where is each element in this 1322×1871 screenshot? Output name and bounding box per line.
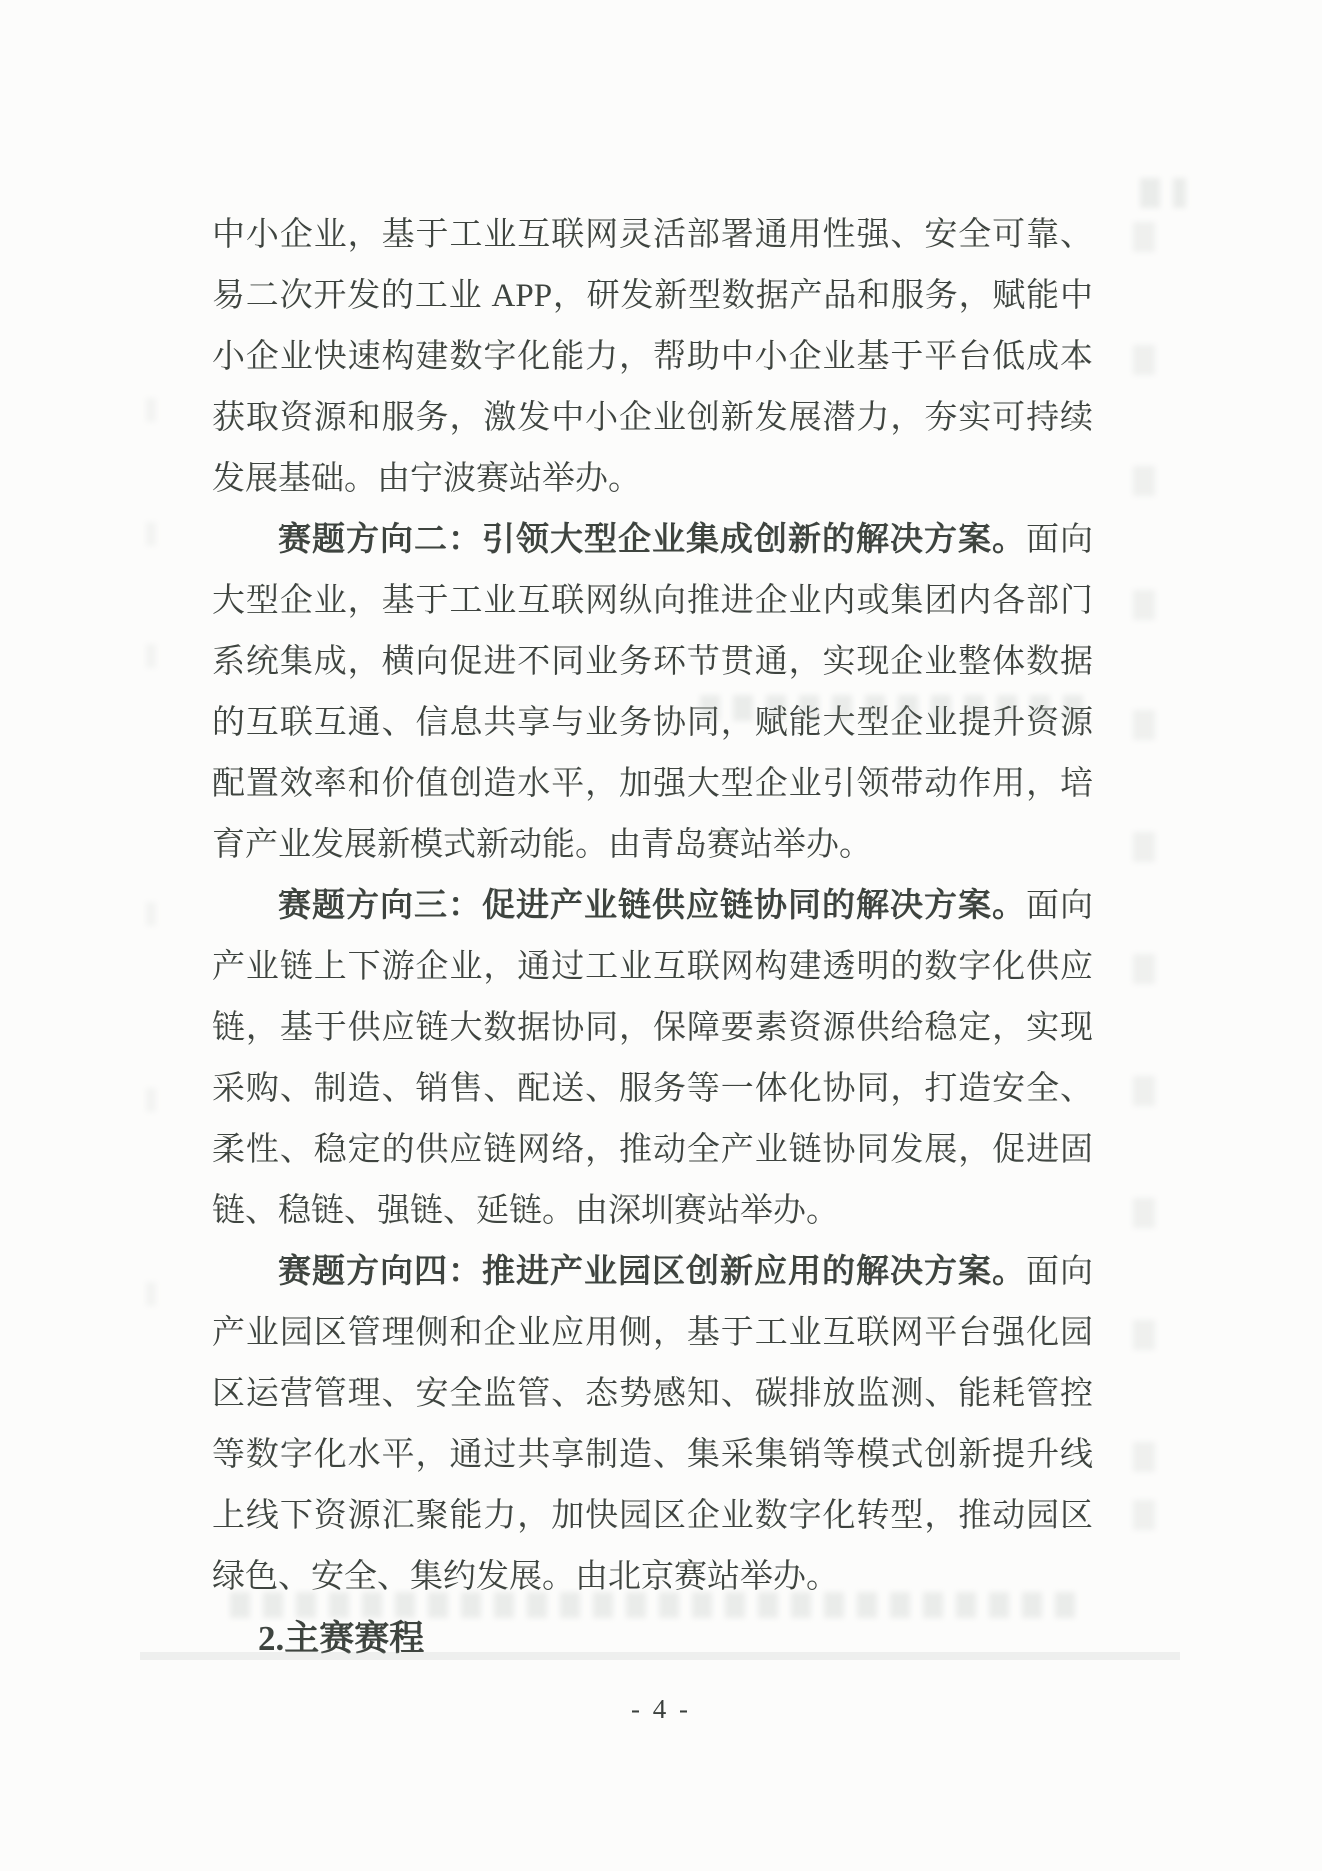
bold-text-segment: 赛题方向三：促进产业链供应链协同的解决方案。 [278, 888, 1026, 924]
bleedthrough-smudge [1133, 590, 1155, 620]
bleedthrough-smudge [1133, 1320, 1155, 1350]
text-line: 系统集成，横向促进不同业务环节贯通，实现企业整体数据 [212, 632, 1093, 693]
text-segment: 获取资源和服务，激发中小企业创新发展潜力，夯实可持续 [212, 400, 1093, 436]
text-segment: 面向 [1026, 888, 1093, 924]
text-line: 产业园区管理侧和企业应用侧，基于工业互联网平台强化园 [212, 1303, 1093, 1364]
page-number: - 4 - [0, 1694, 1322, 1725]
text-segment: 系统集成，横向促进不同业务环节贯通，实现企业整体数据 [212, 644, 1093, 680]
bleedthrough-smudge [1133, 710, 1155, 740]
text-segment: 绿色、安全、集约发展。由北京赛站举办。 [212, 1559, 839, 1595]
text-segment: 大型企业，基于工业互联网纵向推进企业内或集团内各部门 [212, 583, 1093, 619]
section-heading: 2.主赛赛程 [212, 1608, 1093, 1669]
bleedthrough-smudge [1133, 222, 1155, 252]
text-line: 链、稳链、强链、延链。由深圳赛站举办。 [212, 1181, 1093, 1242]
text-line: 获取资源和服务，激发中小企业创新发展潜力，夯实可持续 [212, 388, 1093, 449]
text-line: 绿色、安全、集约发展。由北京赛站举办。 [212, 1547, 1093, 1608]
text-segment: 采购、制造、销售、配送、服务等一体化协同，打造安全、 [212, 1071, 1093, 1107]
text-line: 中小企业，基于工业互联网灵活部署通用性强、安全可靠、 [212, 205, 1093, 266]
bleedthrough-smudge [146, 644, 156, 668]
bleedthrough-smudge [146, 522, 156, 546]
text-line: 等数字化水平，通过共享制造、集采集销等模式创新提升线 [212, 1425, 1093, 1486]
text-segment: 产业链上下游企业，通过工业互联网构建透明的数字化供应 [212, 949, 1093, 985]
bleedthrough-smudge [1133, 1076, 1155, 1106]
bleedthrough-smudge [1133, 345, 1155, 375]
bleedthrough-smudge [146, 902, 156, 926]
text-line: 育产业发展新模式新动能。由青岛赛站举办。 [212, 815, 1093, 876]
bleedthrough-smudge [1133, 1442, 1155, 1472]
text-segment: 面向 [1026, 1254, 1093, 1290]
text-line: 区运营管理、安全监管、态势感知、碳排放监测、能耗管控 [212, 1364, 1093, 1425]
text-line: 大型企业，基于工业互联网纵向推进企业内或集团内各部门 [212, 571, 1093, 632]
text-segment: 柔性、稳定的供应链网络，推动全产业链协同发展，促进固 [212, 1132, 1093, 1168]
text-segment: 发展基础。由宁波赛站举办。 [212, 461, 641, 497]
text-segment: 中小企业，基于工业互联网灵活部署通用性强、安全可靠、 [212, 217, 1093, 253]
text-segment: 面向 [1026, 522, 1093, 558]
text-line: 赛题方向三：促进产业链供应链协同的解决方案。面向 [212, 876, 1093, 937]
bleedthrough-smudge [146, 1088, 156, 1112]
text-segment: 产业园区管理侧和企业应用侧，基于工业互联网平台强化园 [212, 1315, 1093, 1351]
bleedthrough-smudge [1133, 1198, 1155, 1228]
text-line: 上线下资源汇聚能力，加快园区企业数字化转型，推动园区 [212, 1486, 1093, 1547]
text-line: 链，基于供应链大数据协同，保障要素资源供给稳定，实现 [212, 998, 1093, 1059]
text-segment: 的互联互通、信息共享与业务协同，赋能大型企业提升资源 [212, 705, 1093, 741]
text-line: 赛题方向四：推进产业园区创新应用的解决方案。面向 [212, 1242, 1093, 1303]
text-segment: 小企业快速构建数字化能力，帮助中小企业基于平台低成本 [212, 339, 1093, 375]
text-segment: 等数字化水平，通过共享制造、集采集销等模式创新提升线 [212, 1437, 1093, 1473]
bleedthrough-smudge [1140, 178, 1186, 208]
text-line: 采购、制造、销售、配送、服务等一体化协同，打造安全、 [212, 1059, 1093, 1120]
text-line: 柔性、稳定的供应链网络，推动全产业链协同发展，促进固 [212, 1120, 1093, 1181]
text-segment: 易二次开发的工业 APP，研发新型数据产品和服务，赋能中 [212, 278, 1093, 314]
bleedthrough-smudge [1133, 832, 1155, 862]
text-line: 配置效率和价值创造水平，加强大型企业引领带动作用，培 [212, 754, 1093, 815]
body-text: 中小企业，基于工业互联网灵活部署通用性强、安全可靠、易二次开发的工业 APP，研… [212, 205, 1093, 1669]
text-segment: 链，基于供应链大数据协同，保障要素资源供给稳定，实现 [212, 1010, 1093, 1046]
bleedthrough-smudge [146, 1282, 156, 1306]
text-segment: 上线下资源汇聚能力，加快园区企业数字化转型，推动园区 [212, 1498, 1093, 1534]
text-segment: 区运营管理、安全监管、态势感知、碳排放监测、能耗管控 [212, 1376, 1093, 1412]
text-line: 发展基础。由宁波赛站举办。 [212, 449, 1093, 510]
text-segment: 育产业发展新模式新动能。由青岛赛站举办。 [212, 827, 872, 863]
bold-text-segment: 赛题方向四：推进产业园区创新应用的解决方案。 [278, 1254, 1026, 1290]
text-line: 的互联互通、信息共享与业务协同，赋能大型企业提升资源 [212, 693, 1093, 754]
text-line: 产业链上下游企业，通过工业互联网构建透明的数字化供应 [212, 937, 1093, 998]
text-line: 易二次开发的工业 APP，研发新型数据产品和服务，赋能中 [212, 266, 1093, 327]
bleedthrough-smudge [1133, 1500, 1155, 1530]
bleedthrough-smudge [1133, 954, 1155, 984]
bleedthrough-smudge [146, 398, 156, 422]
bold-text-segment: 2.主赛赛程 [258, 1619, 424, 1658]
text-line: 赛题方向二：引领大型企业集成创新的解决方案。面向 [212, 510, 1093, 571]
bold-text-segment: 赛题方向二：引领大型企业集成创新的解决方案。 [278, 522, 1026, 558]
text-line: 小企业快速构建数字化能力，帮助中小企业基于平台低成本 [212, 327, 1093, 388]
text-segment: 链、稳链、强链、延链。由深圳赛站举办。 [212, 1193, 839, 1229]
bleedthrough-smudge [1133, 466, 1155, 496]
text-segment: 配置效率和价值创造水平，加强大型企业引领带动作用，培 [212, 766, 1093, 802]
scanned-document-page: 中小企业，基于工业互联网灵活部署通用性强、安全可靠、易二次开发的工业 APP，研… [0, 0, 1322, 1871]
